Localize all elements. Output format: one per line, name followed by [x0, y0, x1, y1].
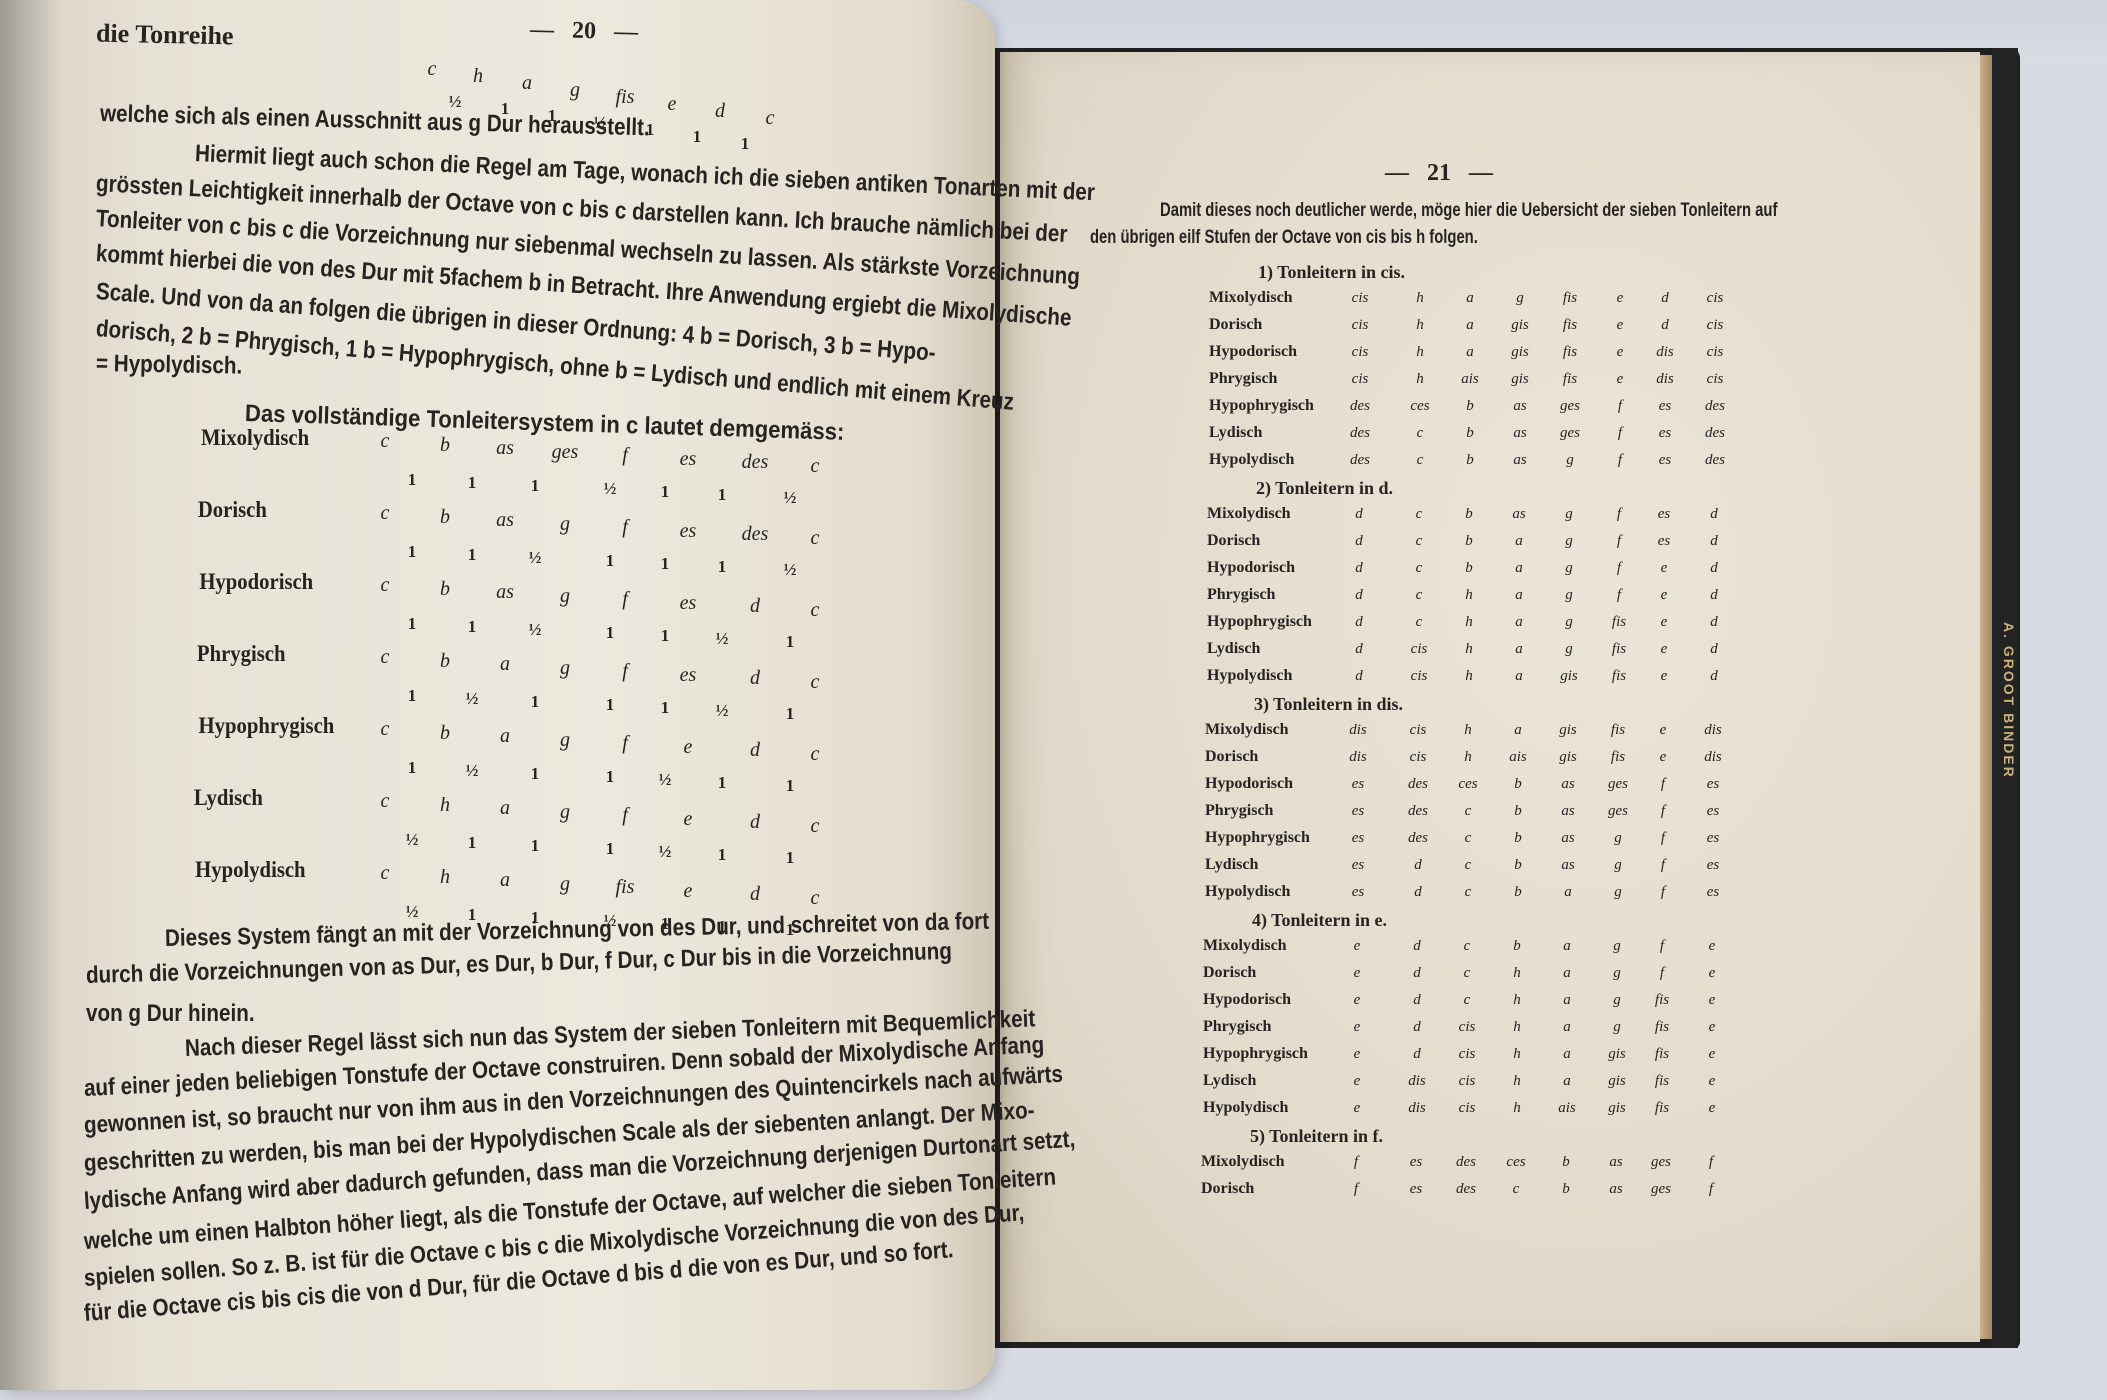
scale-note: gis	[1500, 344, 1540, 361]
scale-name: Hypophrygisch	[1203, 1045, 1308, 1063]
scale-note: cis	[1695, 371, 1735, 388]
scale-name: Mixolydisch	[1203, 937, 1287, 955]
scale-note: c	[1448, 857, 1488, 874]
system-scale-step: 1	[520, 764, 550, 784]
system-scale-note: g	[545, 873, 585, 896]
scale-name: Hypolydisch	[1209, 451, 1294, 469]
scale-note: fis	[1642, 1100, 1682, 1117]
scale-note: c	[1447, 938, 1487, 955]
scale-note: d	[1339, 533, 1379, 550]
system-scale-note: as	[485, 509, 525, 532]
scale-note: es	[1396, 1181, 1436, 1198]
scale-note: c	[1448, 830, 1488, 847]
scale-note: h	[1448, 749, 1488, 766]
scale-note: des	[1446, 1154, 1486, 1171]
scale-note: ges	[1598, 803, 1638, 820]
scale-note: c	[1447, 992, 1487, 1009]
scale-note: e	[1644, 614, 1684, 631]
scale-note: as	[1500, 425, 1540, 442]
scale-note: es	[1693, 857, 1733, 874]
system-scale-step: ½	[707, 701, 737, 721]
scale-note: cis	[1447, 1073, 1487, 1090]
scale-note: es	[1693, 884, 1733, 901]
scale-note: as	[1548, 803, 1588, 820]
system-scale-note: des	[735, 451, 775, 474]
scale-note: b	[1449, 506, 1489, 523]
scale-name: Dorisch	[1203, 964, 1256, 982]
scale-note: ces	[1400, 398, 1440, 415]
scale-note: f	[1600, 398, 1640, 415]
scale-note: f	[1691, 1181, 1731, 1198]
scale-name: Hypodorisch	[1207, 559, 1295, 577]
scale-note: fis	[1642, 992, 1682, 1009]
scale-note: des	[1340, 425, 1380, 442]
scale-note: des	[1398, 776, 1438, 793]
system-scale-name: Lydisch	[194, 785, 263, 811]
scale-note: b	[1450, 452, 1490, 469]
scale-note: d	[1694, 560, 1734, 577]
scale-note: d	[1397, 1019, 1437, 1036]
scale-note: ges	[1550, 398, 1590, 415]
system-scale-step: 1	[457, 473, 487, 493]
intro-line-2: den übrigen eilf Stufen der Octave von c…	[1090, 227, 1478, 249]
system-scale-note: c	[795, 527, 835, 550]
scale-note: es	[1645, 452, 1685, 469]
scale-note: des	[1446, 1181, 1486, 1198]
system-scale-note: h	[425, 866, 465, 889]
scale-note: ges	[1598, 776, 1638, 793]
scale-note: f	[1643, 776, 1683, 793]
system-scale-step: ½	[775, 488, 805, 508]
system-scale-step: 1	[650, 626, 680, 646]
scale-note: cis	[1447, 1100, 1487, 1117]
scale-name: Phrygisch	[1203, 1018, 1271, 1036]
scale-note: d	[1397, 965, 1437, 982]
scale-note: f	[1643, 830, 1683, 847]
scale-note: cis	[1399, 641, 1439, 658]
intro-scale-note: c	[412, 58, 452, 81]
scale-note: gis	[1548, 722, 1588, 739]
scale-note: d	[1398, 884, 1438, 901]
system-scale-note: f	[605, 732, 645, 755]
scale-note: a	[1499, 668, 1539, 685]
scale-note: a	[1499, 587, 1539, 604]
left-page: die Tonreihe — 20 — chagfisedc½11½111 we…	[0, 0, 995, 1390]
system-scale-note: f	[605, 588, 645, 611]
system-scale-note: b	[425, 650, 465, 673]
scale-note: c	[1399, 587, 1439, 604]
system-scale-note: e	[668, 880, 708, 903]
system-scale-step: ½	[650, 842, 680, 862]
system-scale-step: 1	[520, 692, 550, 712]
system-scale-name: Hypolydisch	[195, 857, 305, 883]
scale-note: cis	[1695, 290, 1735, 307]
scale-name: Dorisch	[1207, 532, 1260, 550]
scale-note: f	[1336, 1181, 1376, 1198]
scale-note: e	[1643, 722, 1683, 739]
scale-note: h	[1497, 1019, 1537, 1036]
system-scale-step: 1	[397, 542, 427, 562]
system-scale-step: ½	[457, 761, 487, 781]
scale-name: Mixolydisch	[1207, 505, 1291, 523]
section-heading: 1) Tonleitern in cis.	[1258, 262, 1405, 283]
scale-note: dis	[1693, 722, 1733, 739]
scale-note: fis	[1599, 641, 1639, 658]
scale-note: b	[1498, 830, 1538, 847]
system-scale-note: a	[485, 797, 525, 820]
scale-note: g	[1597, 938, 1637, 955]
scale-note: e	[1600, 344, 1640, 361]
scale-note: f	[1600, 452, 1640, 469]
scale-note: a	[1547, 1019, 1587, 1036]
scale-note: e	[1600, 317, 1640, 334]
system-scale-note: b	[425, 506, 465, 529]
scale-name: Mixolydisch	[1209, 289, 1293, 307]
system-scale-step: 1	[707, 557, 737, 577]
scale-note: g	[1598, 884, 1638, 901]
system-scale-note: g	[545, 801, 585, 824]
scale-note: fis	[1550, 290, 1590, 307]
scale-note: a	[1547, 1073, 1587, 1090]
scale-note: a	[1499, 533, 1539, 550]
system-scale-step: ½	[707, 629, 737, 649]
scale-note: ges	[1641, 1154, 1681, 1171]
scale-note: e	[1692, 1073, 1732, 1090]
section-heading: 3) Tonleitern in dis.	[1254, 694, 1403, 715]
scale-note: fis	[1599, 668, 1639, 685]
scale-note: ais	[1498, 749, 1538, 766]
scale-name: Hypolydisch	[1207, 667, 1292, 685]
system-scale-note: f	[605, 660, 645, 683]
scale-note: a	[1498, 722, 1538, 739]
scale-note: g	[1549, 560, 1589, 577]
scale-note: e	[1692, 1100, 1732, 1117]
system-scale-step: ½	[650, 770, 680, 790]
system-scale-step: 1	[775, 704, 805, 724]
scale-note: gis	[1548, 749, 1588, 766]
scale-note: ais	[1450, 371, 1490, 388]
scale-note: fis	[1550, 371, 1590, 388]
scale-note: c	[1399, 560, 1439, 577]
system-scale-step: 1	[595, 695, 625, 715]
scale-note: h	[1497, 1046, 1537, 1063]
scale-note: c	[1448, 803, 1488, 820]
scale-note: gis	[1500, 371, 1540, 388]
system-scale-note: as	[485, 437, 525, 460]
intro-scale-note: g	[555, 79, 595, 102]
scale-note: cis	[1340, 290, 1380, 307]
scale-note: as	[1596, 1154, 1636, 1171]
system-scale-note: g	[545, 729, 585, 752]
scale-note: a	[1547, 938, 1587, 955]
system-scale-name: Phrygisch	[197, 641, 286, 667]
page-number-20: — 20 —	[530, 17, 639, 47]
system-scale-step: 1	[775, 776, 805, 796]
scale-note: es	[1644, 506, 1684, 523]
scale-note: gis	[1597, 1073, 1637, 1090]
scale-note: d	[1694, 641, 1734, 658]
scale-note: fis	[1642, 1073, 1682, 1090]
scale-note: d	[1694, 506, 1734, 523]
scale-note: d	[1339, 506, 1379, 523]
system-scale-note: e	[668, 736, 708, 759]
scale-note: des	[1695, 398, 1735, 415]
scale-note: g	[1549, 533, 1589, 550]
scale-note: h	[1497, 1100, 1537, 1117]
system-scale-step: 1	[707, 773, 737, 793]
system-scale-note: fis	[605, 876, 645, 899]
scale-note: d	[1397, 1046, 1437, 1063]
system-scale-step: 1	[595, 551, 625, 571]
scale-name: Phrygisch	[1207, 586, 1275, 604]
scale-note: gis	[1597, 1100, 1637, 1117]
scale-note: as	[1596, 1181, 1636, 1198]
scale-note: e	[1692, 992, 1732, 1009]
system-scale-step: ½	[595, 479, 625, 499]
page-number-21: — 21 —	[1385, 160, 1493, 187]
scale-note: h	[1400, 371, 1440, 388]
scale-note: dis	[1397, 1073, 1437, 1090]
intro-scale-note: fis	[605, 86, 645, 109]
scale-note: es	[1338, 776, 1378, 793]
scale-name: Phrygisch	[1205, 802, 1273, 820]
system-scale-note: h	[425, 794, 465, 817]
system-scale-note: c	[795, 599, 835, 622]
scale-note: h	[1497, 992, 1537, 1009]
scale-note: d	[1339, 614, 1379, 631]
scale-name: Hypolydisch	[1203, 1099, 1288, 1117]
system-scale-note: c	[795, 671, 835, 694]
scale-note: f	[1599, 533, 1639, 550]
page-shadow	[0, 0, 60, 1390]
scale-note: d	[1397, 938, 1437, 955]
scale-note: gis	[1500, 317, 1540, 334]
scale-note: d	[1694, 587, 1734, 604]
system-scale-note: f	[605, 804, 645, 827]
scale-note: b	[1497, 938, 1537, 955]
scale-note: cis	[1340, 317, 1380, 334]
scale-note: f	[1642, 938, 1682, 955]
scale-note: as	[1548, 776, 1588, 793]
scale-name: Hypodorisch	[1205, 775, 1293, 793]
scale-name: Dorisch	[1209, 316, 1262, 334]
system-scale-step: 1	[520, 476, 550, 496]
scale-note: as	[1499, 506, 1539, 523]
scale-note: des	[1398, 830, 1438, 847]
system-scale-name: Mixolydisch	[201, 425, 309, 451]
scale-note: h	[1448, 722, 1488, 739]
scale-name: Mixolydisch	[1201, 1153, 1285, 1171]
system-scale-step: 1	[707, 845, 737, 865]
system-scale-step: 1	[457, 545, 487, 565]
intro-scale-note: e	[652, 93, 692, 116]
scale-note: d	[1694, 668, 1734, 685]
system-scale-note: g	[545, 657, 585, 680]
scale-name: Dorisch	[1201, 1180, 1254, 1198]
system-scale-note: ges	[545, 441, 585, 464]
scale-note: g	[1550, 452, 1590, 469]
scale-note: d	[1339, 641, 1379, 658]
scale-note: f	[1600, 425, 1640, 442]
system-scale-name: Hypodorisch	[199, 569, 313, 595]
system-scale-step: 1	[650, 698, 680, 718]
scale-note: ges	[1641, 1181, 1681, 1198]
system-scale-note: c	[795, 815, 835, 838]
scale-note: as	[1548, 857, 1588, 874]
system-scale-note: c	[365, 718, 405, 741]
scale-note: cis	[1447, 1046, 1487, 1063]
scale-note: e	[1692, 938, 1732, 955]
scale-note: b	[1498, 857, 1538, 874]
scale-note: e	[1600, 371, 1640, 388]
scale-note: b	[1546, 1154, 1586, 1171]
scale-note: fis	[1642, 1019, 1682, 1036]
scale-note: es	[1693, 776, 1733, 793]
scale-note: e	[1600, 290, 1640, 307]
scale-note: ges	[1550, 425, 1590, 442]
scale-note: c	[1448, 884, 1488, 901]
system-scale-note: des	[735, 523, 775, 546]
intro-scale-step: 1	[730, 134, 760, 154]
scale-note: dis	[1338, 749, 1378, 766]
system-scale-note: d	[735, 811, 775, 834]
paragraph-2-line: von g Dur hinein.	[86, 1000, 255, 1028]
scale-note: dis	[1645, 344, 1685, 361]
scale-note: gis	[1597, 1046, 1637, 1063]
system-scale-name: Hypophrygisch	[199, 713, 335, 739]
intro-scale-note: h	[458, 65, 498, 88]
scale-note: h	[1449, 641, 1489, 658]
scale-note: des	[1695, 425, 1735, 442]
system-scale-note: c	[365, 862, 405, 885]
scale-note: es	[1338, 830, 1378, 847]
scale-note: g	[1597, 965, 1637, 982]
system-scale-step: 1	[595, 623, 625, 643]
spine-title: A. GROOT BINDER	[1993, 600, 2017, 800]
scale-name: Dorisch	[1205, 748, 1258, 766]
scale-note: c	[1399, 614, 1439, 631]
system-scale-step: 1	[650, 554, 680, 574]
scale-note: d	[1694, 533, 1734, 550]
scale-note: es	[1396, 1154, 1436, 1171]
scale-note: f	[1599, 506, 1639, 523]
scale-note: fis	[1599, 614, 1639, 631]
system-scale-step: ½	[457, 689, 487, 709]
system-scale-step: 1	[520, 836, 550, 856]
scale-note: e	[1337, 938, 1377, 955]
system-scale-note: a	[485, 725, 525, 748]
system-scale-note: b	[425, 434, 465, 457]
scale-note: dis	[1397, 1100, 1437, 1117]
scale-note: e	[1644, 587, 1684, 604]
section-heading: 5) Tonleitern in f.	[1250, 1126, 1383, 1147]
scale-note: b	[1498, 776, 1538, 793]
scale-note: d	[1645, 317, 1685, 334]
scale-note: as	[1500, 452, 1540, 469]
scale-name: Phrygisch	[1209, 370, 1277, 388]
system-scale-note: as	[485, 581, 525, 604]
scale-note: cis	[1340, 371, 1380, 388]
scale-note: e	[1337, 992, 1377, 1009]
system-scale-step: ½	[520, 548, 550, 568]
scale-note: e	[1644, 668, 1684, 685]
scale-note: f	[1599, 587, 1639, 604]
system-scale-note: a	[485, 653, 525, 676]
scale-note: d	[1398, 857, 1438, 874]
system-scale-note: g	[545, 585, 585, 608]
scale-note: fis	[1642, 1046, 1682, 1063]
scale-note: g	[1597, 992, 1637, 1009]
scale-note: cis	[1399, 668, 1439, 685]
scale-name: Hypophrygisch	[1209, 397, 1314, 415]
system-scale-step: 1	[595, 839, 625, 859]
scale-note: e	[1337, 1073, 1377, 1090]
scale-note: f	[1642, 965, 1682, 982]
scale-note: g	[1549, 614, 1589, 631]
scale-note: cis	[1695, 344, 1735, 361]
system-scale-note: c	[365, 646, 405, 669]
system-scale-note: d	[735, 739, 775, 762]
scale-name: Hypolydisch	[1205, 883, 1290, 901]
system-scale-note: e	[668, 808, 708, 831]
scale-note: a	[1548, 884, 1588, 901]
section-heading: 4) Tonleitern in e.	[1252, 910, 1387, 931]
scale-note: es	[1338, 857, 1378, 874]
scale-note: ces	[1448, 776, 1488, 793]
scale-name: Mixolydisch	[1205, 721, 1289, 739]
scale-note: e	[1644, 641, 1684, 658]
system-scale-step: 1	[397, 470, 427, 490]
paragraph-1-line: = Hypolydisch.	[96, 350, 243, 381]
system-scale-step: 1	[775, 632, 805, 652]
scale-note: cis	[1398, 722, 1438, 739]
scale-note: g	[1549, 641, 1589, 658]
system-scale-note: d	[735, 667, 775, 690]
scale-note: f	[1599, 560, 1639, 577]
scale-note: a	[1450, 290, 1490, 307]
scale-note: a	[1499, 560, 1539, 577]
intro-scale-note: d	[700, 100, 740, 123]
scale-note: h	[1449, 587, 1489, 604]
scale-name: Lydisch	[1207, 640, 1260, 658]
scale-note: c	[1496, 1181, 1536, 1198]
scale-note: g	[1549, 587, 1589, 604]
system-scale-step: ½	[520, 620, 550, 640]
paragraph-1-line: welche sich als einen Ausschnitt aus g D…	[100, 100, 650, 142]
scale-note: d	[1694, 614, 1734, 631]
system-scale-note: c	[365, 574, 405, 597]
system-scale-note: b	[425, 722, 465, 745]
scale-note: b	[1449, 533, 1489, 550]
scale-note: e	[1692, 1046, 1732, 1063]
scale-note: g	[1500, 290, 1540, 307]
scale-note: es	[1644, 533, 1684, 550]
system-scale-note: g	[545, 513, 585, 536]
system-scale-step: 1	[397, 614, 427, 634]
system-scale-step: ½	[397, 830, 427, 850]
scale-note: b	[1498, 803, 1538, 820]
system-scale-step: 1	[650, 482, 680, 502]
scale-note: des	[1695, 452, 1735, 469]
scale-note: es	[1338, 803, 1378, 820]
scale-note: fis	[1598, 722, 1638, 739]
scale-note: h	[1400, 290, 1440, 307]
scale-note: a	[1450, 344, 1490, 361]
scale-note: as	[1548, 830, 1588, 847]
scale-note: a	[1450, 317, 1490, 334]
system-scale-note: c	[795, 455, 835, 478]
scale-note: e	[1692, 965, 1732, 982]
